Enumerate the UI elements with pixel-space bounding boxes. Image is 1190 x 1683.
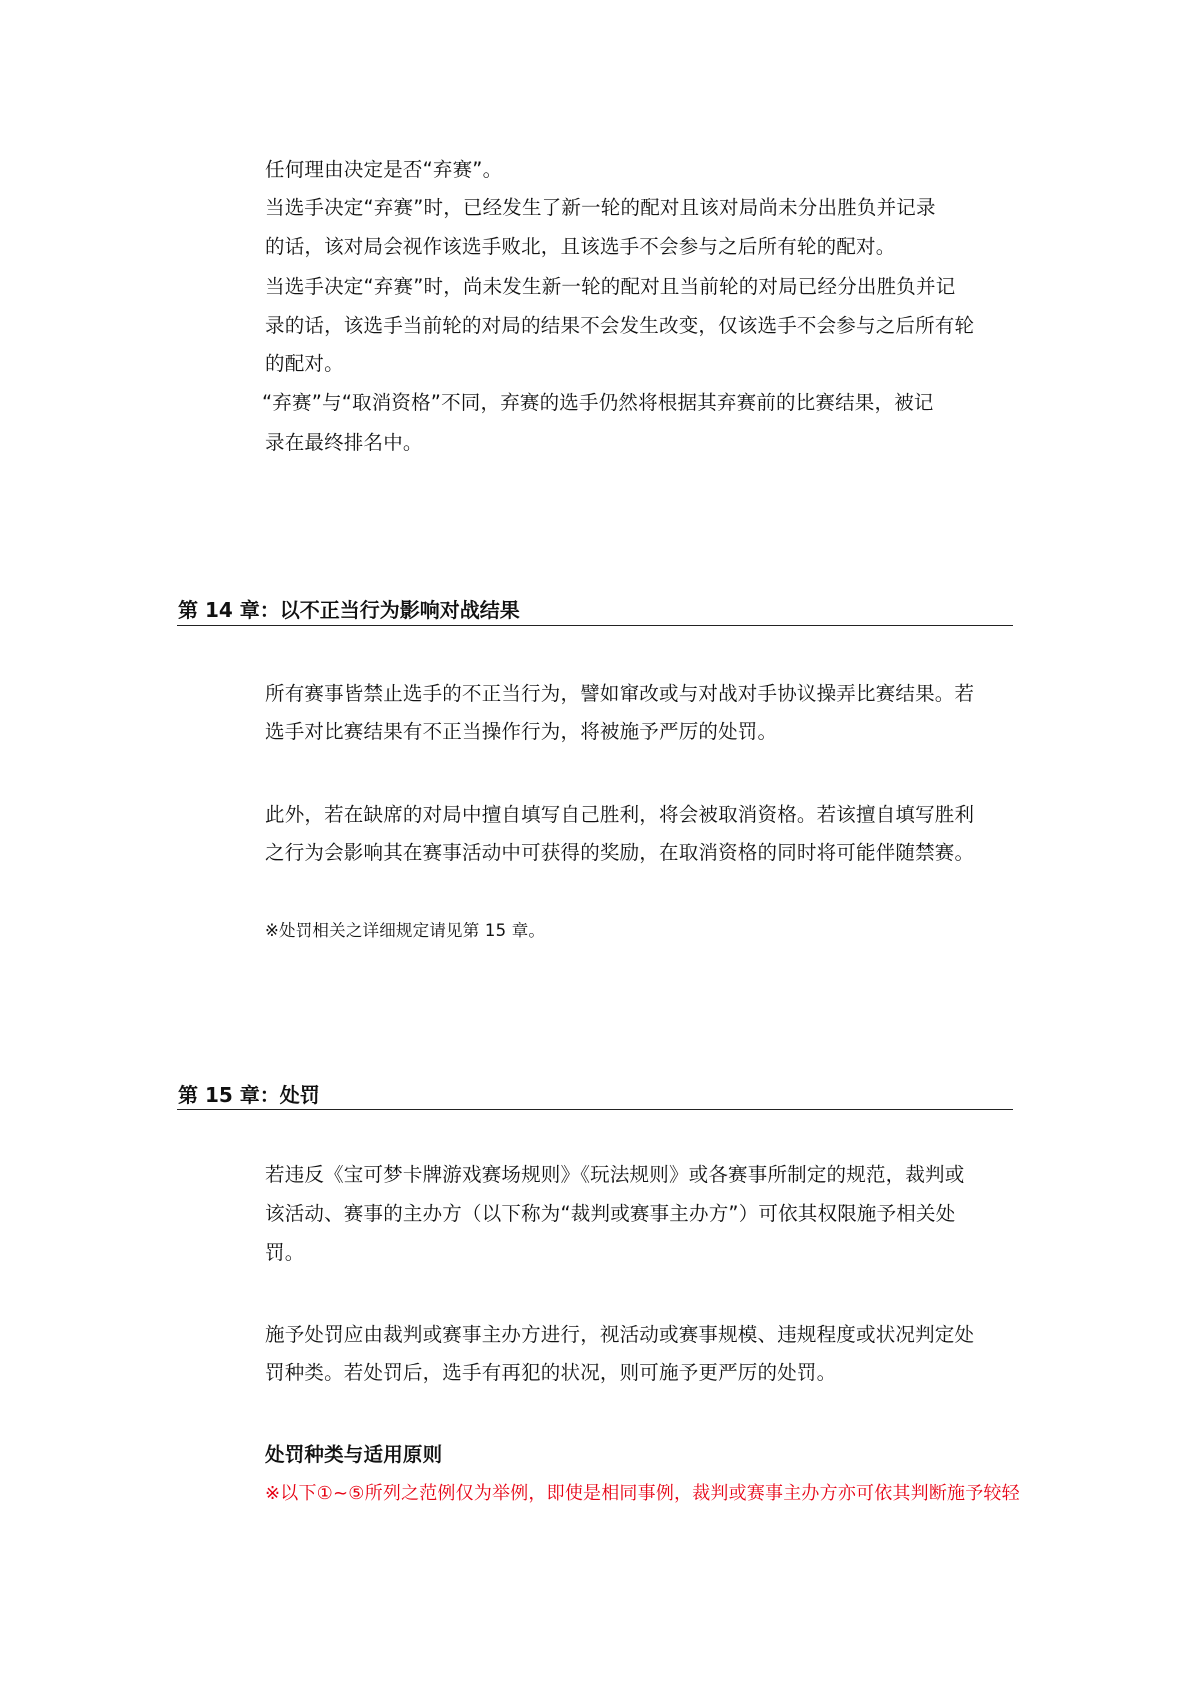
body-line: 的话，该对局会视作该选手败北，且该选手不会参与之后所有轮的配对。 [265,234,895,260]
chapter-14-note: ※处罚相关之详细规定请见第 15 章。 [265,918,545,944]
body-line: 所有赛事皆禁止选手的不正当行为，譬如窜改或与对战对手协议操弄比赛结果。若 [265,681,974,707]
body-line: 若违反《宝可梦卡牌游戏赛场规则》《玩法规则》或各赛事所制定的规范，裁判或 [265,1162,964,1188]
body-line: 录的话，该选手当前轮的对局的结果不会发生改变，仅该选手不会参与之后所有轮 [265,313,974,339]
body-line: 罚。 [265,1240,304,1266]
body-line: 施予处罚应由裁判或赛事主办方进行，视活动或赛事规模、违规程度或状况判定处 [265,1322,974,1348]
body-line: 该活动、赛事的主办方（以下称为“裁判或赛事主办方”）可依其权限施予相关处 [265,1201,955,1227]
red-disclaimer-note: ※以下①~⑤所列之范例仅为举例，即使是相同事例，裁判或赛事主办方亦可依其判断施予… [265,1481,1020,1507]
body-line: “弃赛”与“取消资格”不同，弃赛的选手仍然将根据其弃赛前的比赛结果，被记 [262,390,934,416]
body-line: 选手对比赛结果有不正当操作行为，将被施予严厉的处罚。 [265,719,777,745]
body-line: 的配对。 [265,351,344,377]
heading-divider [177,1109,1013,1110]
chapter-14-heading: 第 14 章：以不正当行为影响对战结果 [178,597,520,623]
body-line: 任何理由决定是否“弃赛”。 [265,157,502,183]
penalty-types-subheading: 处罚种类与适用原则 [265,1442,442,1468]
body-line: 之行为会影响其在赛事活动中可获得的奖励，在取消资格的同时将可能伴随禁赛。 [265,840,974,866]
body-line: 录在最终排名中。 [265,430,423,456]
body-line: 此外，若在缺席的对局中擅自填写自己胜利，将会被取消资格。若该擅自填写胜利 [265,802,974,828]
body-line: 当选手决定“弃赛”时，已经发生了新一轮的配对且该对局尚未分出胜负并记录 [265,195,936,221]
body-line: 罚种类。若处罚后，选手有再犯的状况，则可施予更严厉的处罚。 [265,1360,836,1386]
body-line: 当选手决定“弃赛”时，尚未发生新一轮的配对且当前轮的对局已经分出胜负并记 [265,274,955,300]
heading-divider [177,625,1013,626]
chapter-15-heading: 第 15 章：处罚 [178,1082,320,1108]
